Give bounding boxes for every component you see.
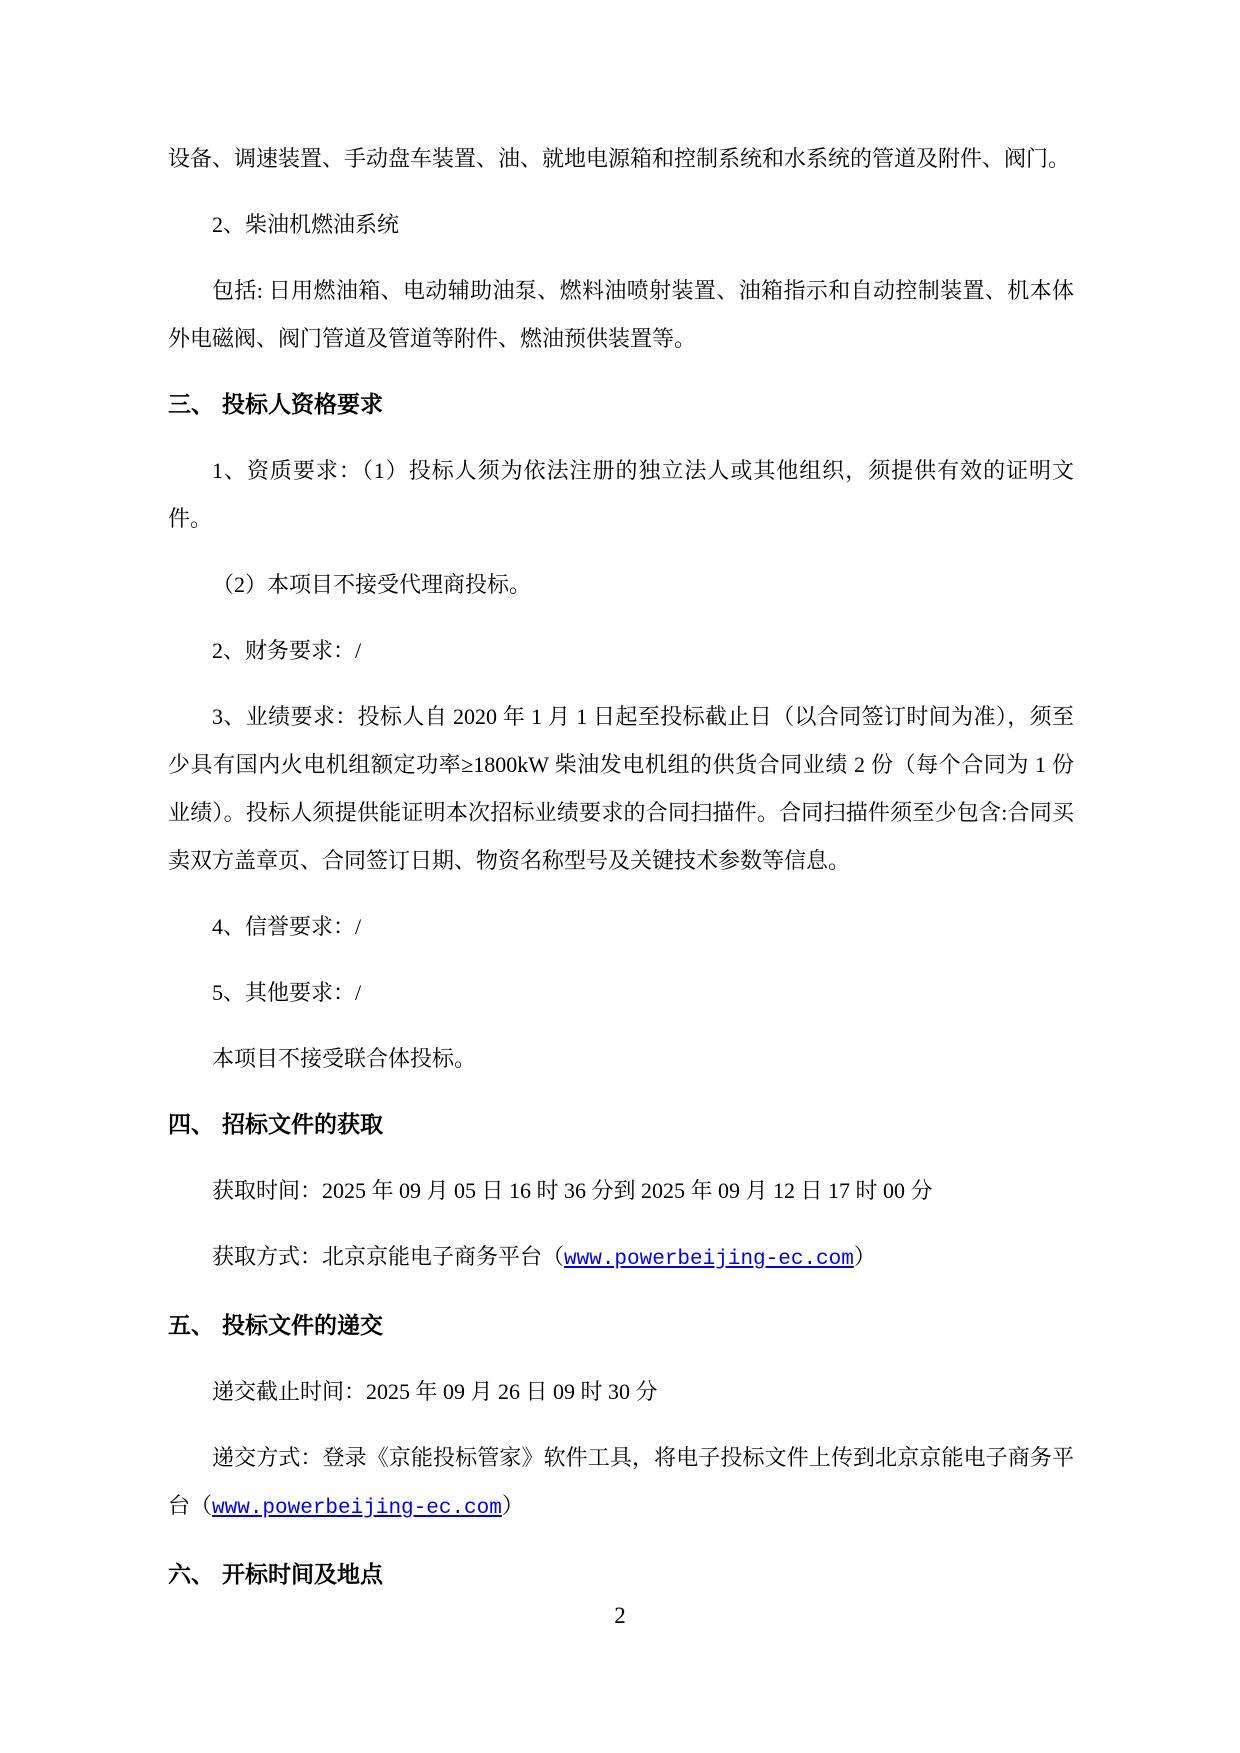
paragraph-reputation-requirement: 4、信誉要求：/: [168, 903, 1074, 951]
paragraph-no-consortium-bidding: 本项目不接受联合体投标。: [168, 1035, 1074, 1083]
paragraph-submission-method: 递交方式：登录《京能投标管家》软件工具，将电子投标文件上传到北京京能电子商务平台…: [168, 1434, 1074, 1533]
paragraph-no-agent-bidding: （2）本项目不接受代理商投标。: [168, 561, 1074, 609]
paragraph-acquisition-time: 获取时间：2025 年 09 月 05 日 16 时 36 分到 2025 年 …: [168, 1167, 1074, 1215]
document-body: 设备、调速装置、手动盘车装置、油、就地电源箱和控制系统和水系统的管道及附件、阀门…: [168, 135, 1074, 1617]
submission-platform-link[interactable]: www.powerbeijing-ec.com: [212, 1497, 502, 1520]
heading-section-4-document-acquisition: 四、 招标文件的获取: [168, 1101, 1074, 1149]
acquisition-method-prefix: 获取方式：北京京能电子商务平台（: [212, 1244, 564, 1269]
heading-section-5-bid-submission: 五、 投标文件的递交: [168, 1302, 1074, 1350]
paragraph-qualification-requirement: 1、资质要求：（1）投标人须为依法注册的独立法人或其他组织，须提供有效的证明文件…: [168, 447, 1074, 543]
paragraph-fuel-system-includes: 包括: 日用燃油箱、电动辅助油泵、燃料油喷射装置、油箱指示和自动控制装置、机本体…: [168, 267, 1074, 363]
paragraph-submission-deadline: 递交截止时间：2025 年 09 月 26 日 09 时 30 分: [168, 1368, 1074, 1416]
submission-method-suffix: ）: [502, 1493, 524, 1518]
paragraph-equipment-continuation: 设备、调速装置、手动盘车装置、油、就地电源箱和控制系统和水系统的管道及附件、阀门…: [168, 135, 1074, 183]
paragraph-fuel-system-title: 2、柴油机燃油系统: [168, 201, 1074, 249]
heading-section-3-bidder-qualification: 三、 投标人资格要求: [168, 381, 1074, 429]
page-number: 2: [0, 1598, 1240, 1634]
heading-section-6-bid-opening: 六、 开标时间及地点: [168, 1551, 1074, 1599]
paragraph-financial-requirement: 2、财务要求：/: [168, 627, 1074, 675]
paragraph-acquisition-method: 获取方式：北京京能电子商务平台（www.powerbeijing-ec.com）: [168, 1233, 1074, 1284]
acquisition-platform-link[interactable]: www.powerbeijing-ec.com: [564, 1248, 854, 1271]
paragraph-performance-requirement: 3、业绩要求：投标人自 2020 年 1 月 1 日起至投标截止日（以合同签订时…: [168, 693, 1074, 885]
document-page: 设备、调速装置、手动盘车装置、油、就地电源箱和控制系统和水系统的管道及附件、阀门…: [0, 0, 1240, 1753]
paragraph-other-requirement: 5、其他要求：/: [168, 969, 1074, 1017]
acquisition-method-suffix: ）: [854, 1244, 876, 1269]
